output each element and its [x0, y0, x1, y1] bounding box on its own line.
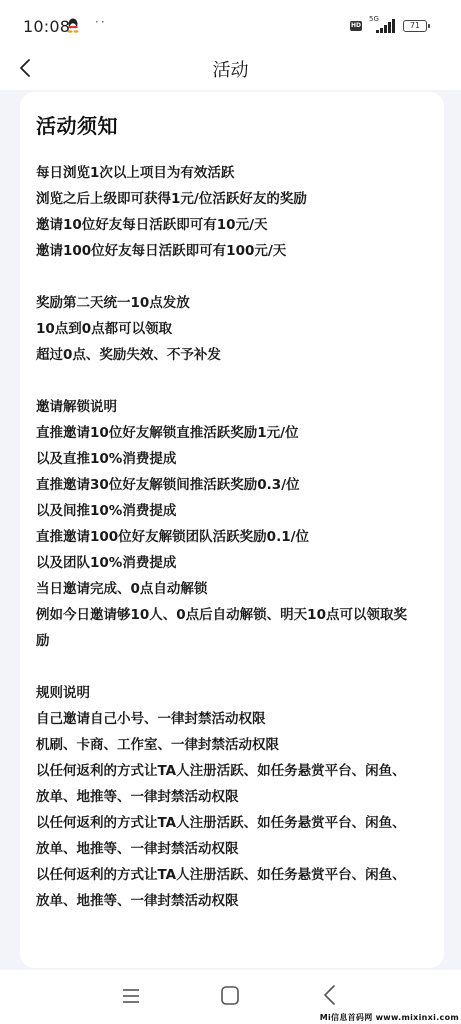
battery-level: 71: [410, 21, 420, 30]
blank-line: [36, 264, 428, 290]
signal-strength-icon: [376, 19, 396, 33]
notice-line: 奖励第二天统一10点发放: [36, 290, 428, 316]
notice-line: 以任何返利的方式让TA人注册活跃、如任务悬赏平台、闲鱼、: [36, 862, 428, 888]
notice-line: 10点到0点都可以领取: [36, 316, 428, 342]
section-heading-rules: 规则说明: [36, 680, 428, 706]
qq-penguin-icon: [67, 18, 79, 33]
notice-line: 直推邀请30位好友解锁间推活跃奖励0.3/位: [36, 472, 428, 498]
nav-header: 活动: [0, 46, 461, 90]
activity-notice-card: 活动须知 每日浏览1次以上项目为有效活跃 浏览之后上级即可获得1元/位活跃好友的…: [20, 92, 444, 968]
notice-line: 超过0点、奖励失效、不予补发: [36, 342, 428, 368]
notice-line: 以任何返利的方式让TA人注册活跃、如任务悬赏平台、闲鱼、: [36, 810, 428, 836]
status-time: 10:08: [23, 17, 70, 36]
notice-line: 直推邀请10位好友解锁直推活跃奖励1元/位: [36, 420, 428, 446]
notice-line: 以及间推10%消费提成: [36, 498, 428, 524]
notice-content: 每日浏览1次以上项目为有效活跃 浏览之后上级即可获得1元/位活跃好友的奖励 邀请…: [36, 160, 428, 914]
notice-line: 以及团队10%消费提成: [36, 550, 428, 576]
section-heading-unlock: 邀请解锁说明: [36, 394, 428, 420]
notice-line: 放单、地推等、一律封禁活动权限: [36, 836, 428, 862]
notice-line: 放单、地推等、一律封禁活动权限: [36, 784, 428, 810]
blank-line: [36, 654, 428, 680]
notice-line: 邀请100位好友每日活跃即可有100元/天: [36, 238, 428, 264]
system-back-icon[interactable]: [322, 984, 336, 1006]
notice-line: 机刷、卡商、工作室、一律封禁活动权限: [36, 732, 428, 758]
notice-line: 以及直推10%消费提成: [36, 446, 428, 472]
battery-icon: 71: [403, 20, 427, 32]
notification-dots: ··: [95, 15, 107, 29]
hd-voice-icon: HD: [350, 21, 362, 31]
notice-line: 每日浏览1次以上项目为有效活跃: [36, 160, 428, 186]
home-square-icon[interactable]: [221, 986, 239, 1005]
notice-line: 浏览之后上级即可获得1元/位活跃好友的奖励: [36, 186, 428, 212]
card-title: 活动须知: [36, 106, 428, 146]
blank-line: [36, 368, 428, 394]
notice-line: 自己邀请自己小号、一律封禁活动权限: [36, 706, 428, 732]
notice-line: 例如今日邀请够10人、0点后自动解锁、明天10点可以领取奖: [36, 602, 428, 628]
page-title: 活动: [0, 56, 461, 82]
notice-line: 以任何返利的方式让TA人注册活跃、如任务悬赏平台、闲鱼、: [36, 758, 428, 784]
status-bar: 10:08 ·· HD 5G 71: [0, 0, 461, 46]
notice-line: 直推邀请100位好友解锁团队活跃奖励0.1/位: [36, 524, 428, 550]
notice-line: 放单、地推等、一律封禁活动权限: [36, 888, 428, 914]
watermark: Mi信息首码网 www.mixinxi.com: [320, 1012, 459, 1023]
notice-line: 邀请10位好友每日活跃即可有10元/天: [36, 212, 428, 238]
recent-apps-menu-icon[interactable]: [122, 988, 140, 1004]
notice-line: 励: [36, 628, 428, 654]
notice-line: 当日邀请完成、0点自动解锁: [36, 576, 428, 602]
